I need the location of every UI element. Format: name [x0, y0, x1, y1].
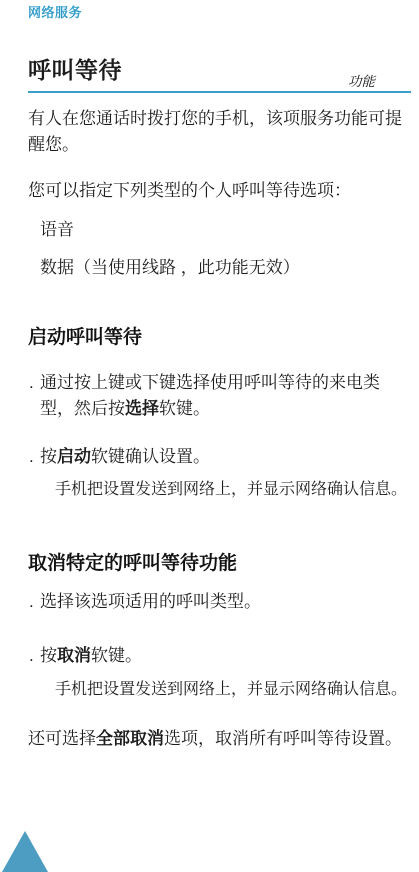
step-text: 软键。	[159, 399, 210, 418]
activate-note: 手机把设置发送到网络上，并显示网络确认信息。	[55, 477, 407, 502]
page-corner-triangle-icon	[2, 831, 48, 872]
cancel-step-1: . 选择该选项适用的呼叫类型。	[40, 589, 394, 615]
chapter-header: 网络服务	[28, 2, 82, 21]
list-marker: .	[29, 370, 34, 396]
step-text: 选择该选项适用的呼叫类型。	[40, 592, 261, 611]
title-side-label: 功能	[348, 70, 375, 90]
cancel-step-2: . 按取消软键。	[40, 643, 394, 669]
step-text: 按	[40, 646, 57, 665]
manual-page: 网络服务 呼叫等待 功能 有人在您通话时拨打您的手机，该项服务功能可提醒您。 您…	[0, 0, 419, 872]
step-text: 软键。	[91, 646, 142, 665]
step-text: 软键确认设置。	[91, 447, 210, 466]
option-name-cancel-all: 全部取消	[96, 729, 164, 748]
softkey-label: 选择	[125, 399, 159, 418]
title-divider	[28, 91, 411, 93]
step-text: 通过按上键或下键选择使用呼叫等待的来电类型，然后按	[40, 373, 380, 418]
activate-step-1: . 通过按上键或下键选择使用呼叫等待的来电类型，然后按选择软键。	[40, 370, 394, 422]
page-title: 呼叫等待	[28, 52, 122, 85]
footer-text: 选项，取消所有呼叫等待设置。	[164, 729, 402, 748]
footer-text: 还可选择	[28, 729, 96, 748]
option-item-data: 数据（当使用线路 ，此功能无效）	[40, 255, 414, 281]
footer-paragraph: 还可选择全部取消选项，取消所有呼叫等待设置。	[28, 726, 416, 752]
list-marker: .	[29, 643, 34, 669]
list-marker: .	[29, 444, 34, 470]
cancel-note: 手机把设置发送到网络上，并显示网络确认信息。	[55, 677, 407, 702]
softkey-label: 启动	[57, 447, 91, 466]
activate-step-2: . 按启动软键确认设置。	[40, 444, 394, 470]
section-heading-activate: 启动呼叫等待	[28, 324, 142, 352]
softkey-label: 取消	[57, 646, 91, 665]
step-text: 按	[40, 447, 57, 466]
list-marker: .	[29, 589, 34, 615]
section-heading-cancel: 取消特定的呼叫等待功能	[28, 550, 237, 578]
options-lead-paragraph: 您可以指定下列类型的个人呼叫等待选项：	[28, 178, 414, 204]
option-item-voice: 语音	[40, 217, 414, 243]
intro-paragraph: 有人在您通话时拨打您的手机，该项服务功能可提醒您。	[28, 106, 414, 158]
